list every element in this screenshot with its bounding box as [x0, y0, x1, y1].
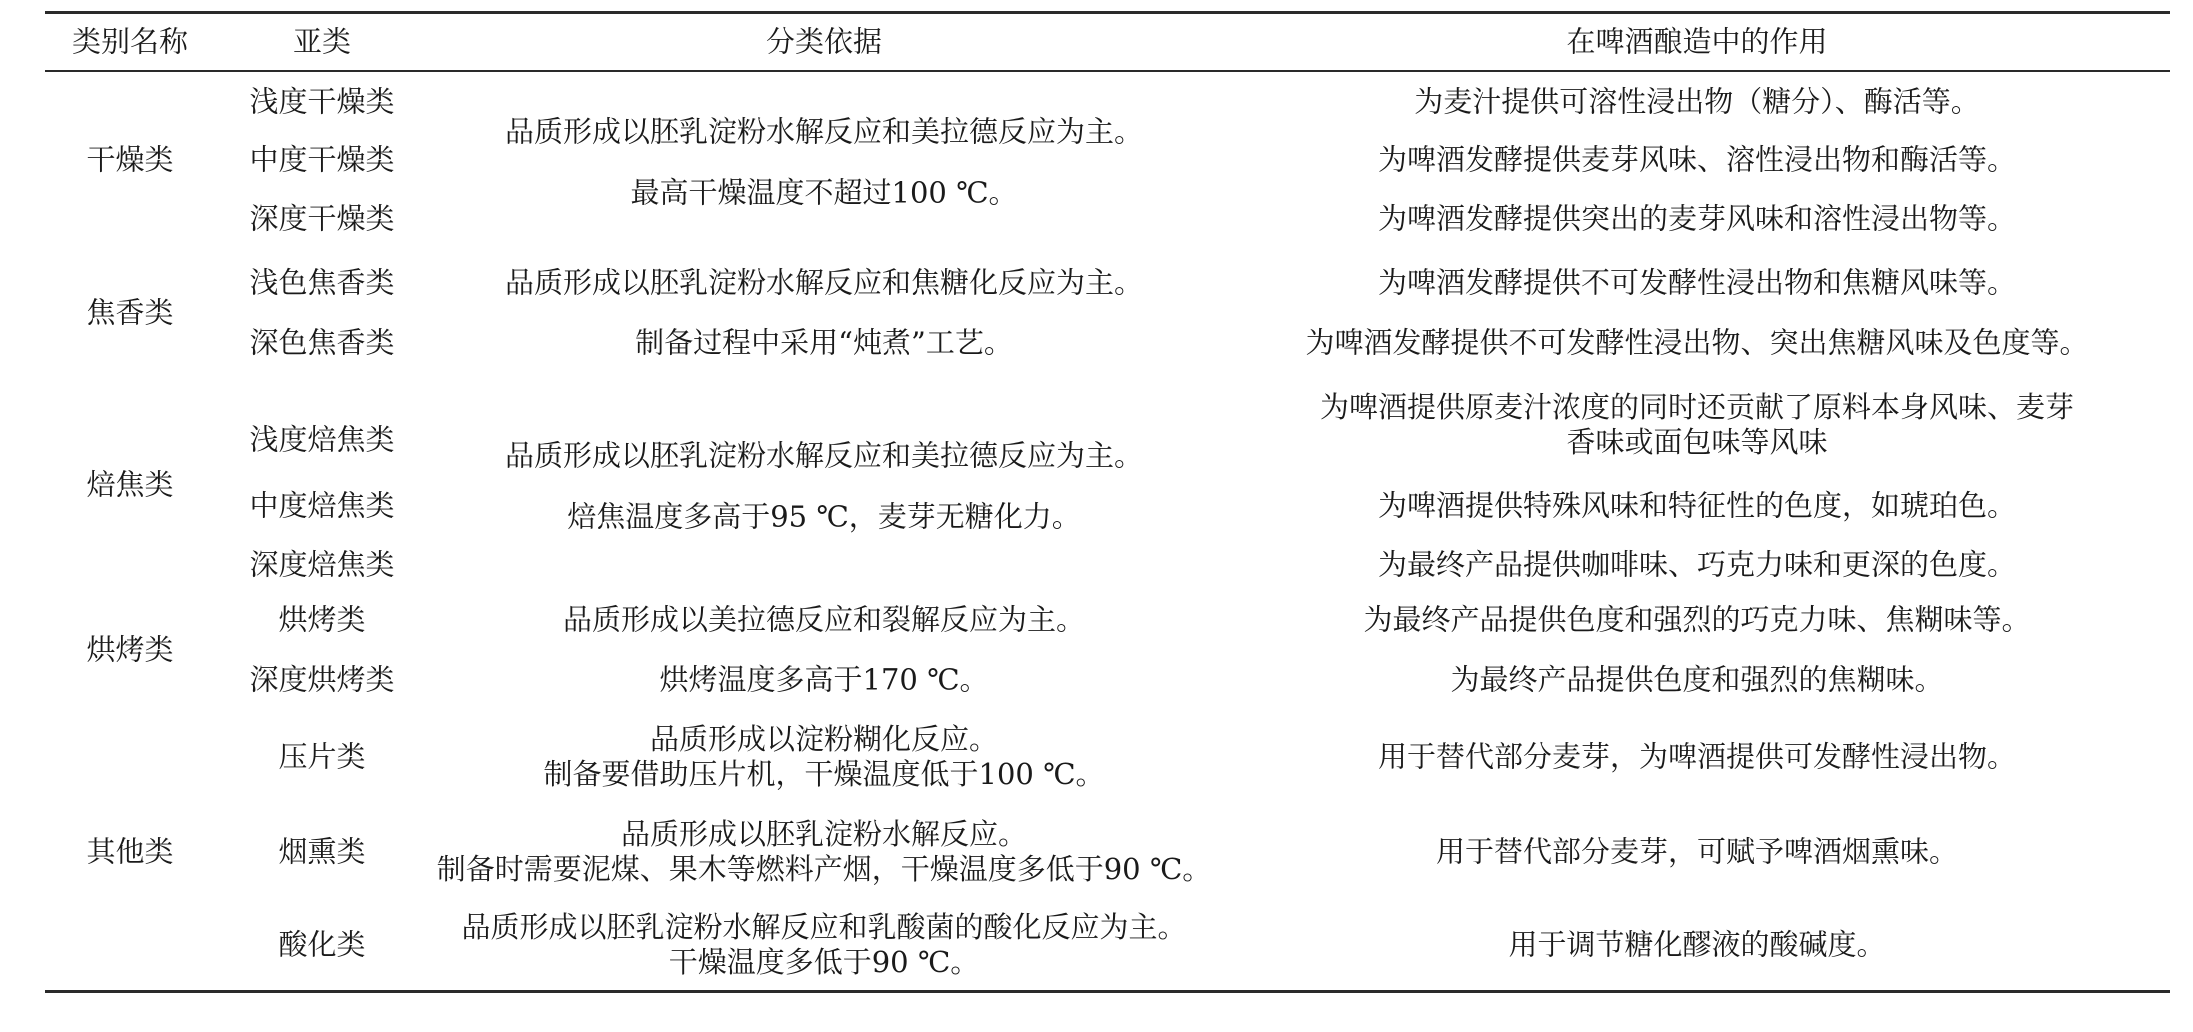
header-category: 类别名称: [72, 25, 188, 60]
subtype-cell: 深度烘烤类: [249, 663, 394, 698]
category-cell-line: 焙焦类: [86, 468, 173, 503]
subtype-cell: 酸化类: [278, 928, 365, 963]
basis-cell: 最高干燥温度不超过100 ℃。: [630, 176, 1017, 211]
subtype-cell-line: 深度焙焦类: [249, 548, 394, 583]
role-cell: 为最终产品提供色度和强烈的焦糊味。: [1450, 663, 1943, 698]
subtype-cell-line: 深度烘烤类: [249, 663, 394, 698]
subtype-cell: 烘烤类: [278, 603, 365, 638]
role-cell-line: 用于调节糖化醪液的酸碱度。: [1508, 928, 1885, 963]
subtype-cell-line: 深色焦香类: [249, 326, 394, 361]
category-cell: 烘烤类: [86, 633, 173, 668]
subtype-cell-line: 浅度焙焦类: [249, 423, 394, 458]
category-cell-line: 干燥类: [86, 143, 173, 178]
role-cell-line: 用于替代部分麦芽，可赋予啤酒烟熏味。: [1436, 835, 1958, 870]
role-cell-line: 为啤酒发酵提供麦芽风味、溶性浸出物和酶活等。: [1378, 143, 2016, 178]
category-cell: 干燥类: [86, 143, 173, 178]
bottom-rule: [45, 990, 2170, 993]
role-cell-line: 为啤酒提供特殊风味和特征性的色度，如琥珀色。: [1378, 489, 2016, 524]
subtype-cell-line: 烘烤类: [278, 603, 365, 638]
subtype-cell-line: 深度干燥类: [249, 202, 394, 237]
subtype-cell: 中度干燥类: [249, 143, 394, 178]
subtype-cell: 深度焙焦类: [249, 548, 394, 583]
subtype-cell: 浅度干燥类: [249, 85, 394, 120]
role-cell: 为啤酒发酵提供麦芽风味、溶性浸出物和酶活等。: [1378, 143, 2016, 178]
basis-cell-line: 制备要借助压片机，干燥温度低于100 ℃。: [543, 757, 1104, 792]
role-cell-line: 为麦汁提供可溶性浸出物（糖分）、酶活等。: [1414, 85, 1980, 120]
subtype-cell-line: 酸化类: [278, 928, 365, 963]
role-cell: 为啤酒发酵提供突出的麦芽风味和溶性浸出物等。: [1378, 202, 2016, 237]
basis-cell-line: 品质形成以胚乳淀粉水解反应。: [437, 817, 1212, 852]
subtype-cell: 中度焙焦类: [249, 489, 394, 524]
role-cell-line: 为啤酒提供原麦汁浓度的同时还贡献了原料本身风味、麦芽: [1320, 390, 2074, 425]
category-cell-line: 焦香类: [86, 296, 173, 331]
basis-cell-line: 干燥温度多低于90 ℃。: [461, 945, 1186, 980]
subtype-cell-line: 浅度干燥类: [249, 85, 394, 120]
basis-cell: 焙焦温度多高于95 ℃，麦芽无糖化力。: [567, 500, 1081, 535]
basis-cell: 烘烤温度多高于170 ℃。: [659, 663, 988, 698]
basis-cell-line: 品质形成以美拉德反应和裂解反应为主。: [563, 603, 1085, 638]
basis-cell-line: 品质形成以淀粉糊化反应。: [543, 722, 1104, 757]
role-cell: 为啤酒发酵提供不可发酵性浸出物和焦糖风味等。: [1378, 266, 2016, 301]
role-cell-line: 为最终产品提供色度和强烈的巧克力味、焦糊味等。: [1363, 603, 2030, 638]
role-cell-line: 为最终产品提供色度和强烈的焦糊味。: [1450, 663, 1943, 698]
basis-cell: 品质形成以胚乳淀粉水解反应和乳酸菌的酸化反应为主。干燥温度多低于90 ℃。: [461, 910, 1186, 980]
role-cell-line: 为最终产品提供咖啡味、巧克力味和更深的色度。: [1378, 548, 2016, 583]
header-subtype: 亚类: [293, 25, 351, 60]
subtype-cell-line: 压片类: [278, 740, 365, 775]
role-cell: 为最终产品提供色度和强烈的巧克力味、焦糊味等。: [1363, 603, 2030, 638]
role-cell-line: 为啤酒发酵提供不可发酵性浸出物、突出焦糖风味及色度等。: [1305, 326, 2088, 361]
basis-cell: 品质形成以美拉德反应和裂解反应为主。: [563, 603, 1085, 638]
subtype-cell: 浅色焦香类: [249, 266, 394, 301]
basis-cell-line: 制备过程中采用“炖煮”工艺。: [635, 326, 1013, 361]
basis-cell: 品质形成以胚乳淀粉水解反应。制备时需要泥煤、果木等燃料产烟，干燥温度多低于90 …: [437, 817, 1212, 887]
basis-cell: 品质形成以胚乳淀粉水解反应和美拉德反应为主。: [505, 439, 1143, 474]
subtype-cell: 压片类: [278, 740, 365, 775]
basis-cell-line: 品质形成以胚乳淀粉水解反应和乳酸菌的酸化反应为主。: [461, 910, 1186, 945]
basis-cell-line: 烘烤温度多高于170 ℃。: [659, 663, 988, 698]
category-cell-line: 其他类: [86, 835, 173, 870]
basis-cell-line: 品质形成以胚乳淀粉水解反应和焦糖化反应为主。: [505, 266, 1143, 301]
role-cell-line: 为啤酒发酵提供不可发酵性浸出物和焦糖风味等。: [1378, 266, 2016, 301]
category-cell: 其他类: [86, 835, 173, 870]
category-cell-line: 烘烤类: [86, 633, 173, 668]
basis-cell-line: 焙焦温度多高于95 ℃，麦芽无糖化力。: [567, 500, 1081, 535]
role-cell: 为麦汁提供可溶性浸出物（糖分）、酶活等。: [1414, 85, 1980, 120]
role-cell: 用于替代部分麦芽，可赋予啤酒烟熏味。: [1436, 835, 1958, 870]
subtype-cell: 烟熏类: [278, 835, 365, 870]
role-cell: 用于替代部分麦芽，为啤酒提供可发酵性浸出物。: [1378, 740, 2016, 775]
subtype-cell-line: 中度焙焦类: [249, 489, 394, 524]
role-cell: 用于调节糖化醪液的酸碱度。: [1508, 928, 1885, 963]
basis-cell: 制备过程中采用“炖煮”工艺。: [635, 326, 1013, 361]
role-cell-line: 用于替代部分麦芽，为啤酒提供可发酵性浸出物。: [1378, 740, 2016, 775]
basis-cell-line: 制备时需要泥煤、果木等燃料产烟，干燥温度多低于90 ℃。: [437, 852, 1212, 887]
header-basis: 分类依据: [766, 25, 882, 60]
category-cell: 焦香类: [86, 296, 173, 331]
role-cell: 为啤酒发酵提供不可发酵性浸出物、突出焦糖风味及色度等。: [1305, 326, 2088, 361]
role-cell: 为啤酒提供原麦汁浓度的同时还贡献了原料本身风味、麦芽香味或面包味等风味: [1320, 390, 2074, 460]
category-cell: 焙焦类: [86, 468, 173, 503]
header-role: 在啤酒酿造中的作用: [1566, 25, 1827, 60]
basis-cell-line: 品质形成以胚乳淀粉水解反应和美拉德反应为主。: [505, 439, 1143, 474]
subtype-cell: 深度干燥类: [249, 202, 394, 237]
subtype-cell-line: 中度干燥类: [249, 143, 394, 178]
role-cell: 为最终产品提供咖啡味、巧克力味和更深的色度。: [1378, 548, 2016, 583]
role-cell-line: 为啤酒发酵提供突出的麦芽风味和溶性浸出物等。: [1378, 202, 2016, 237]
subtype-cell-line: 烟熏类: [278, 835, 365, 870]
basis-cell-line: 品质形成以胚乳淀粉水解反应和美拉德反应为主。: [505, 115, 1143, 150]
top-rule: [45, 11, 2170, 14]
role-cell: 为啤酒提供特殊风味和特征性的色度，如琥珀色。: [1378, 489, 2016, 524]
header-rule: [45, 70, 2170, 72]
basis-cell: 品质形成以胚乳淀粉水解反应和焦糖化反应为主。: [505, 266, 1143, 301]
basis-cell-line: 最高干燥温度不超过100 ℃。: [630, 176, 1017, 211]
subtype-cell-line: 浅色焦香类: [249, 266, 394, 301]
basis-cell: 品质形成以淀粉糊化反应。制备要借助压片机，干燥温度低于100 ℃。: [543, 722, 1104, 792]
basis-cell: 品质形成以胚乳淀粉水解反应和美拉德反应为主。: [505, 115, 1143, 150]
subtype-cell: 浅度焙焦类: [249, 423, 394, 458]
role-cell-line: 香味或面包味等风味: [1320, 425, 2074, 460]
subtype-cell: 深色焦香类: [249, 326, 394, 361]
